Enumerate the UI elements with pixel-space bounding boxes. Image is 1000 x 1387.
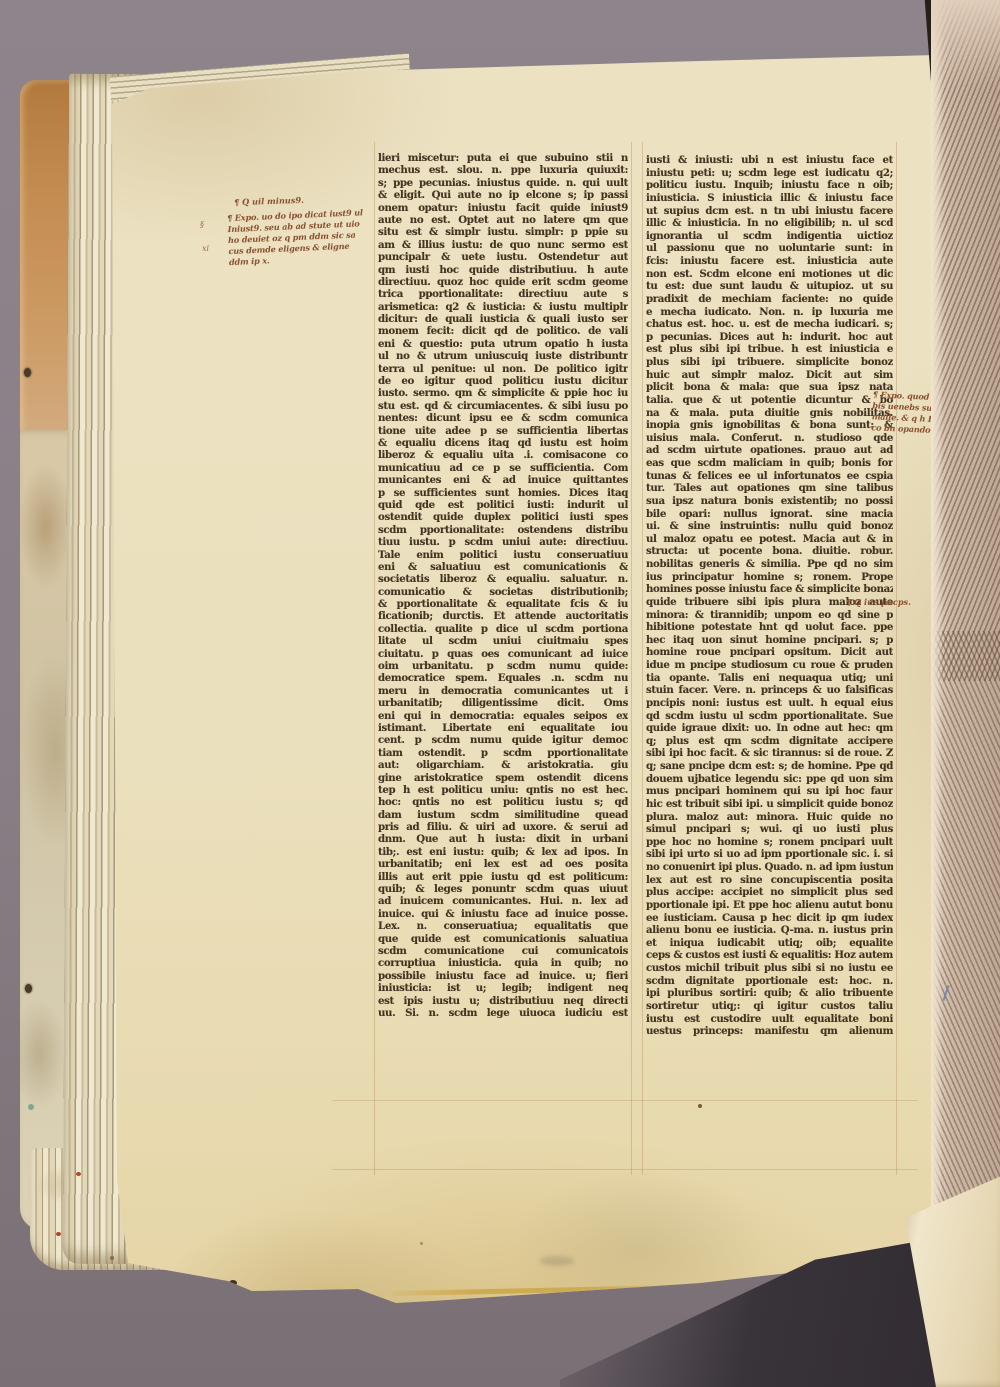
ruling-line-horizontal: [332, 1100, 918, 1101]
text-line: ceps & custos est iusti & equalitis: Hoz…: [646, 949, 893, 962]
text-line: monem fecit: dicit qd de politico. de va…: [378, 325, 628, 337]
text-line: idue m pncipe studiosum cu roue & pruden: [646, 659, 893, 672]
text-line: hic est tribuit sibi ipi. u simplicit qu…: [646, 798, 893, 811]
text-line: hoc: qntis no est politicu iustu s; qd: [378, 796, 628, 808]
text-line: tia opante. Talis eni nequaqua utiq; uni: [646, 672, 893, 685]
text-line: municantes eni & ad inuice quittantes: [378, 474, 628, 486]
text-line: & pportionalitate & equalitate fcis & iu: [378, 598, 628, 610]
quire-mark: §: [200, 220, 204, 229]
text-line: ostendit quide duplex politici iusti spe…: [378, 511, 628, 523]
ink-speck: [698, 1104, 702, 1108]
text-line: litate ul scdm uniui ciuitmaiu spes: [378, 635, 628, 647]
text-line: tur. Tales aut opationes qm sine talibus: [646, 482, 893, 495]
text-line: talia. que & ut potentie dicuntur & bo: [646, 394, 893, 407]
text-line: gine aristokratice spem ostendit dicens: [378, 772, 628, 784]
smudge: [540, 1256, 574, 1266]
text-line: Tale enim politici iustu conseruatiuu: [378, 549, 628, 561]
text-line: pris ad filiu. & uiri ad uxore. & serui …: [378, 821, 628, 833]
text-line: ul no & utrum uniuscuiq iuste distribunt…: [378, 350, 628, 362]
wormhole: [229, 1280, 237, 1286]
text-line: arismetica: q2 & iusticia: & iustu multi…: [378, 301, 628, 313]
text-line: p se sufficientes sunt homies. Dices ita…: [378, 487, 628, 499]
text-line: eni qui in democratia: equales seipos ex: [378, 710, 628, 722]
text-line: nobilitas generis & similia. Ppe qd no s…: [646, 558, 893, 571]
green-speck: [28, 1104, 34, 1110]
text-line: simul pncipari s; wui. qi uo iusti plus: [646, 823, 893, 836]
text-line: terra ul penitue: ul non. De politico ig…: [378, 363, 628, 375]
text-line: ut supius dcm est. n tn ubi iniustu face…: [646, 205, 893, 218]
text-line: pradixit de mechiam faciente: no quide: [646, 293, 893, 306]
text-line: Lex. n. conseruatiua; equalitatis que: [378, 920, 628, 932]
text-line: situ est & simplr iustu. simplr: p ppie …: [378, 226, 628, 238]
text-line: sibi ipi hoc facit. & sic tirannus: si d…: [646, 747, 893, 760]
quire-mark: xi: [202, 244, 209, 253]
text-line: eni & saluatiuu est comunicationis &: [378, 561, 628, 573]
text-line: et iniqua iudicabit utiq; oib; equalite: [646, 937, 893, 950]
text-line: iusti & iniusti: ubi n est iniustu face …: [646, 154, 893, 167]
text-line: scdm comunicatione cui comunicatois: [378, 945, 628, 957]
text-line: stu est. qd & circumiacentes. & sibi ius…: [378, 400, 628, 412]
text-line: quid qde est politici iusti: indurit ul: [378, 499, 628, 511]
clasp-stud: [24, 368, 31, 377]
text-line: custos michil tribuit plus sibi si no iu…: [646, 962, 893, 975]
text-line: directiuu. quoz hoc quide erit scdm geom…: [378, 276, 628, 288]
text-line: no conuenirt ipi plus. Quado. n. ad ipm …: [646, 861, 893, 874]
text-line: tiuu iustu. p scdm uniui aute: directiuu…: [378, 536, 628, 548]
text-line: corruptiua iniusticia. quia in quib; no: [378, 957, 628, 969]
text-line: na & mala. puta diuitie gnis nobilitas.: [646, 407, 893, 420]
red-fleck: [76, 1172, 81, 1176]
text-line: que quide est comunicationis saluatiua: [378, 933, 628, 945]
text-line: hec itaq uon sinut homine pncipari. s; p: [646, 634, 893, 647]
text-line: iniustu peti: u; scdm lege est iudicatu …: [646, 167, 893, 180]
text-line: qm iusti hoc quide distributiuu. h aute: [378, 264, 628, 276]
text-line: aut: oligarchiam. & aristokratia. giu: [378, 759, 628, 771]
text-line: quide igraue dixit: uo. In odne aut hec:…: [646, 722, 893, 735]
text-line: ul maloz opatu ee potest. Macia aut & in: [646, 533, 893, 546]
text-line: ipi pluribus sortiri: quib; & alio tribu…: [646, 987, 893, 1000]
text-line: est ipis iustu u; distributiuu neq direc…: [378, 995, 628, 1007]
text-line: democratice spem. Equales .n. scdm nu: [378, 672, 628, 684]
text-line: politicu iustu. Inquib; iniustu face n o…: [646, 179, 893, 192]
text-line: collectia. qualite p dice ul scdm portio…: [378, 623, 628, 635]
text-line: tu est: due sunt laudu & uitupioz. ut su: [646, 280, 893, 293]
text-line: tep h est politicu uniu: qntis no est he…: [378, 784, 628, 796]
text-line: ad scdm uirtute opationes. prauo aut ad: [646, 444, 893, 457]
text-line: nentes: dicunt ipsu ee & scdm comunica: [378, 412, 628, 424]
text-line: tione uite adee p se sufficientia libert…: [378, 425, 628, 437]
ink-speck: [420, 1242, 423, 1245]
text-line: p pecunias. Dices aut h: indurit. hoc au…: [646, 331, 893, 344]
text-line: trica pportionalitate: directiuu aute s: [378, 288, 628, 300]
text-line: plura. maloz aut: minora. Huic quide no: [646, 811, 893, 824]
text-line: de eo igitur quod politicu iustu dicitur: [378, 375, 628, 387]
margin-note-right-2: ¶ Q iue pncps.: [846, 597, 911, 607]
text-line: urbanitatib; diligentissime dicit. Oms: [378, 697, 628, 709]
text-line: huic aut simplr maloz. Dicit aut sim: [646, 369, 893, 382]
text-line: q; plus est qm scdm dignitate accipere: [646, 735, 893, 748]
text-line: oim urbanitatu. p scdm numu quide:: [378, 660, 628, 672]
text-line: lex aut est ro sine concupiscentia posit…: [646, 874, 893, 887]
text-line: ius principatur homine s; ronem. Prope: [646, 571, 893, 584]
text-column-left: lieri miscetur: puta ei que subuino stii…: [378, 152, 628, 1021]
margin-note-left: ¶ Expo. uo do ipo dicat iust9 ulIniust9.…: [227, 207, 371, 268]
ruling-line-vertical: [642, 142, 643, 1175]
text-line: bile opari: nullus ignorat. sine macia: [646, 508, 893, 521]
text-line: istimant. Libertate eni equalitate iou: [378, 722, 628, 734]
text-line: ficationib; durctis. Et attende auctorit…: [378, 610, 628, 622]
text-line: pportionale ipi. Et ppe hoc alienu autut…: [646, 899, 893, 912]
text-line: illis aut erit ppie iustu qd est politic…: [378, 871, 628, 883]
text-line: am & illius iustu: de quo nunc sermo est: [378, 239, 628, 251]
text-line: comunicatio & societas distributionib;: [378, 586, 628, 598]
text-line: pncipis noni: iustus est uult. h equal e…: [646, 697, 893, 710]
text-line: est plus sibi ipi tribue. h est iniustic…: [646, 343, 893, 356]
text-line: eni & questio: puta utrum opatio h iusta: [378, 338, 628, 350]
facing-pages-fore-edge: [931, 0, 1000, 1262]
text-line: homines posse iniustu face & simplicite …: [646, 583, 893, 596]
text-line: scdm dignitate pportionale est: hoc. n.: [646, 975, 893, 988]
text-line: s; ppe pecunias. iniustus quide. n. qui …: [378, 177, 628, 189]
text-line: dam iustum scdm similitudine quead: [378, 809, 628, 821]
red-fleck: [56, 1232, 61, 1236]
ruling-line-vertical: [374, 142, 375, 1175]
text-line: municatiuu ad ce p se sufficientia. Com: [378, 462, 628, 474]
bottom-edge-tint: [392, 1285, 680, 1296]
text-line: plicit bona & mala: que sua ipsz nata: [646, 381, 893, 394]
text-line: tiam ostendit. p scdm pportionalitate: [378, 747, 628, 759]
text-line: ul passionu que no uoluntarie sunt: in: [646, 242, 893, 255]
text-line: chatus est. hoc. u. est de mecha iudicar…: [646, 318, 893, 331]
margin-note-left-caption: ¶ Q uil minus9.: [234, 195, 304, 207]
text-line: liberoz & equaliu uita .i. comisacone co: [378, 449, 628, 461]
text-line: mus pncipari hominem qui su ipi hoc faur: [646, 785, 893, 798]
text-line: scdm pportionalitate: ostendens distribu: [378, 524, 628, 536]
text-line: qd scdm iustu ul scdm pportionalitate. S…: [646, 710, 893, 723]
fore-edge-highlight: [931, 0, 943, 1262]
text-line: structa: ut pocente bona. diuitie. robur…: [646, 545, 893, 558]
text-line: urbanitatib; eni lex est ad oes posita: [378, 858, 628, 870]
text-line: ui. & sine instruintis: nullu quid bonoz: [646, 520, 893, 533]
text-line: hibitione potestate hnt qd uolut face. p…: [646, 621, 893, 634]
text-line: sua ipsz natura bonis existentib; no pos…: [646, 495, 893, 508]
ruling-line-vertical: [896, 142, 897, 1175]
text-line: uestus princeps: manifestu qm alienum: [646, 1025, 893, 1038]
text-line: iniusticia. S iniusticia illic & iniustu…: [646, 192, 893, 205]
text-line: sortiretur utiq;: qi igitur custos taliu: [646, 1000, 893, 1013]
text-line: uu. Si. n. scdm lege uiuoca iudiciu est: [378, 1007, 628, 1019]
text-line: puncipalr & uete iustu. Ostendetur aut: [378, 251, 628, 263]
ruling-line-horizontal: [332, 1169, 918, 1170]
text-line: iustu est custodire uult equalitate boni: [646, 1013, 893, 1026]
ruling-line-vertical: [631, 142, 632, 1175]
text-line: eas que scdm maliciam in quib; bonis for: [646, 457, 893, 470]
text-line: alienu bonu ee iusticia. Q-ma. n. iustus…: [646, 924, 893, 937]
text-line: & equaliu dicens itaq qd iustu est hoim: [378, 437, 628, 449]
brown-fleck: [110, 1256, 114, 1260]
text-line: tunas & felices ee ul infortunatos ee cs…: [646, 470, 893, 483]
text-line: q; sane pncipe dcm est: s; de homine. Pp…: [646, 760, 893, 773]
text-line: illic & iniusticia. In no eligibilib; n.…: [646, 217, 893, 230]
text-line: ad inuicem comunicantes. Hui. n. lex ad: [378, 895, 628, 907]
text-line: plus accipe: accipiet no simplicit plus …: [646, 886, 893, 899]
text-line: societatis liberoz & equaliu. saluatur. …: [378, 573, 628, 585]
text-line: fcis: iniustu facere est. iniusticia aut…: [646, 255, 893, 268]
fore-edge-top-fade: [931, 0, 1000, 90]
text-line: homine roue pncipari opsitum. Dicit aut: [646, 646, 893, 659]
parchment-page: lieri miscetur: puta ei que subuino stii…: [0, 0, 1000, 1387]
text-line: lieri miscetur: puta ei que subuino stii…: [378, 152, 628, 164]
text-line: stuin facer. Vere. n. princeps & uo fals…: [646, 684, 893, 697]
text-line: meru in democratia comunicantes ut i: [378, 685, 628, 697]
text-line: ciuitatu. p quas oes comunicant ad iuice: [378, 648, 628, 660]
text-line: ppe hoc no homine s; ronem pncipari uult: [646, 836, 893, 849]
text-line: tib;. est eni iustu: quib; & lex ad ipos…: [378, 846, 628, 858]
text-line: onem opatur: iniustu facit quide iniust9: [378, 202, 628, 214]
text-line: ee iusticiam. Causa p hec dicit ip qm iu…: [646, 912, 893, 925]
text-line: iusto. sermo. qm & simplicite & ppie hoc…: [378, 387, 628, 399]
text-line: mechus est. slou. n. ppe luxuria quiuxit…: [378, 164, 628, 176]
text-line: plus sibi ipi tribuere. simplicite bonoz: [646, 356, 893, 369]
text-line: & eligit. Qui aute no ip elcone s; ip pa…: [378, 189, 628, 201]
text-line: cent. p scdm numu quide igitur democ: [378, 734, 628, 746]
text-line: dicitur: de quali iusticia & quali iusto…: [378, 313, 628, 325]
text-line: iniusticia: ist u; legib; indigent neq: [378, 982, 628, 994]
text-line: quib; & leges ponuntr scdm quas uiuut: [378, 883, 628, 895]
text-line: minora: & tirannidib; unpom eo qd sine p: [646, 609, 893, 622]
text-line: non est. Scdm elcone eni motiones ut dic: [646, 268, 893, 281]
text-line: uisius mala. Conferut. n. studioso qde: [646, 432, 893, 445]
text-line: douem ujbatice legendu sic: ppe qd uon s…: [646, 773, 893, 786]
text-line: aute no est. Optet aut no latere qm que: [378, 214, 628, 226]
text-line: inopia gnis ignobilitas & bona sunt: &: [646, 419, 893, 432]
text-line: possibile iniustu face ad inuice. u; fie…: [378, 970, 628, 982]
text-line: sibi ipi urto si uo ad ipm pportionale s…: [646, 848, 893, 861]
text-line: e mecha iudicato. Non. n. ip luxuria me: [646, 306, 893, 319]
text-line: inuice. qui & iniustu face ad inuice pos…: [378, 908, 628, 920]
text-line: ignorantia ul scdm indigentia uictioz: [646, 230, 893, 243]
text-line: dnm. Que aut h iusta: dixit in urbani: [378, 833, 628, 845]
manuscript-photograph: { "palette": { "background_gray": "#877f…: [0, 0, 1000, 1387]
clasp-stud: [25, 984, 32, 993]
